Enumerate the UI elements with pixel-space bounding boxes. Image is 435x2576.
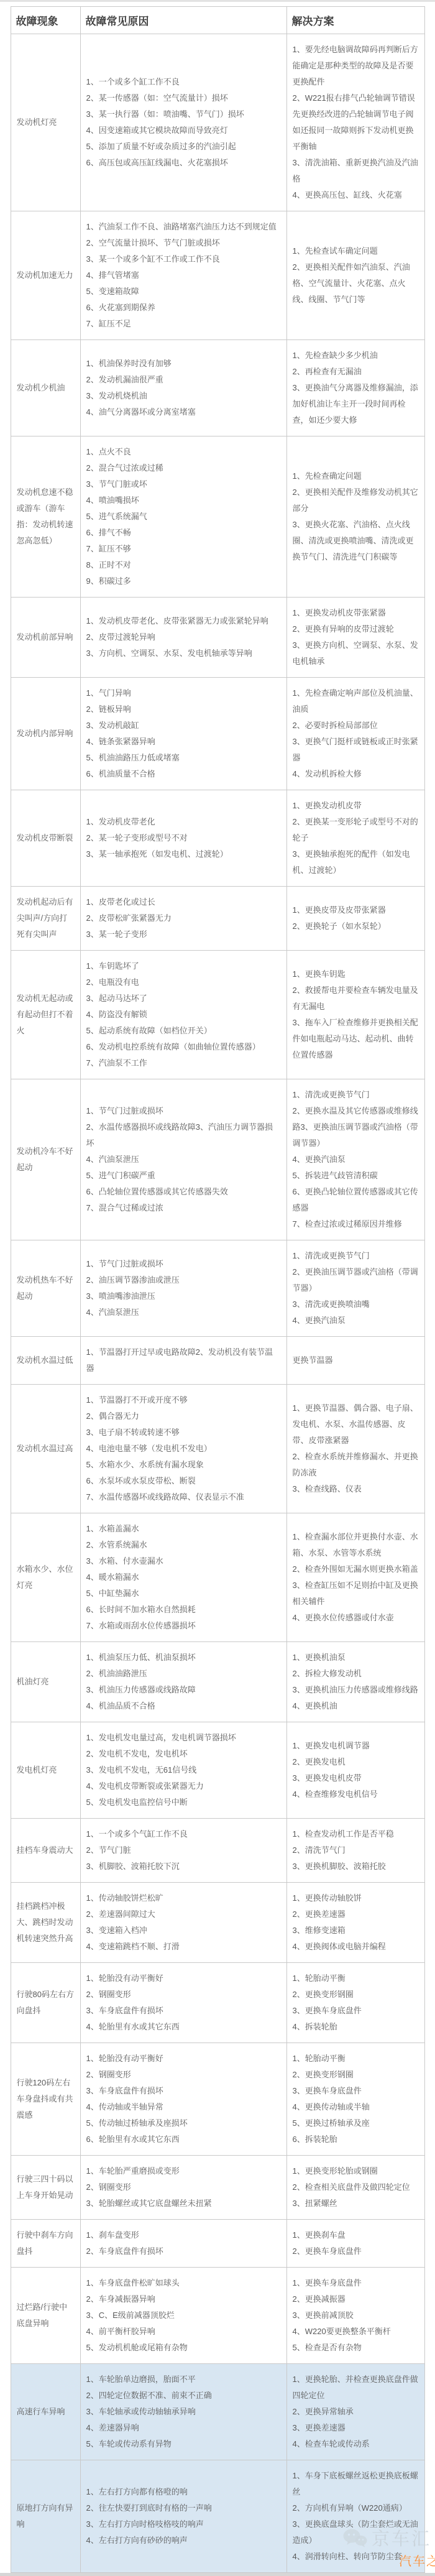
phenomenon-cell: 挂档车身震动大 [11, 1819, 80, 1883]
solution-item: 1、清洗或更换节气门 [293, 1087, 419, 1103]
cause-item: 5、发电机发电监控信号中断 [86, 1794, 281, 1811]
cause-item: 1、一个或多个气缸工作不良 [86, 1826, 281, 1842]
cause-item: 6、凸轮轴位置传感器或其它传感器失效 [86, 1184, 281, 1200]
phenomenon-cell: 机油灯亮 [11, 1642, 80, 1722]
solution-item: 2、救援帮电并要检查车辆发电量及有无漏电 [293, 982, 419, 1015]
cause-item: 6、水泵坏或水泵皮带松、断裂 [86, 1473, 281, 1489]
cause-item: 1、节温器打开过早或电路故障2、发动机没有装节温器 [86, 1344, 281, 1377]
cause-item: 2、钢圈变形 [86, 1987, 281, 2003]
causes-cell: 1、节温器打不开或开度不够2、偶合器无力3、电子扇不转或转速不够4、电池电量不够… [80, 1385, 286, 1513]
cause-item: 2、某一传感器（如：空气流量计）损坏 [86, 90, 281, 106]
cause-item: 1、轮胎没有动平衡好 [86, 2051, 281, 2067]
solution-item: 1、轮胎动平衡 [293, 1970, 419, 1987]
solution-item: 2、检查外围如无漏水则更换水箱盖 [293, 1561, 419, 1577]
causes-cell: 1、轮胎没有动平衡好2、钢圈变形3、车身底盘件有损坏4、传动轴或半轴异常5、传动… [80, 2043, 286, 2156]
cause-item: 4、因变速箱或其它模块故障而导致亮灯 [86, 122, 281, 139]
cause-item: 7、水箱或雨刮水位传感器损坏 [86, 1618, 281, 1634]
fault-table-body: 发动机灯亮1、一个或多个缸工作不良2、某一传感器（如：空气流量计）损坏3、某一执… [11, 34, 424, 2573]
cause-item: 2、发动机漏油很严重 [86, 372, 281, 388]
cause-item: 1、车轮胎单边磨损，胎面不平 [86, 2371, 281, 2388]
cause-item: 4、排气管堵塞 [86, 267, 281, 284]
solution-item: 4、更换水位传感器或付水壶 [293, 1610, 419, 1626]
cause-item: 2、往左快要打到底时有格的一声响 [86, 2500, 281, 2516]
cause-item: 6、火花塞到期保养 [86, 300, 281, 316]
table-row: 行驶三四十码以上车身开始晃动1、车轮胎严重磨损或变形2、钢圈变形3、轮胎螺丝或其… [11, 2156, 424, 2220]
solution-item: 4、润滑转向柱、转向节防尘套 [293, 2549, 419, 2565]
solutions-cell: 1、更换车身底盘件2、更换减振器3、更换前减顶胶4、W220要更换整条平衡杆5、… [286, 2268, 424, 2364]
header-phenomenon: 故障现象 [11, 7, 80, 34]
solution-item: 1、轮胎动平衡 [293, 2051, 419, 2067]
causes-cell: 1、轮胎没有动平衡好2、钢圈变形3、车身底盘件有损坏4、轮胎里有水或其它东西 [80, 1963, 286, 2043]
cause-item: 3、机油压力传感器或线路故障 [86, 1682, 281, 1698]
solution-item: 3、维修变速箱 [293, 1923, 419, 1939]
cause-item: 4、暖水箱漏水 [86, 1569, 281, 1586]
cause-item: 4、机油品质不合格 [86, 1698, 281, 1714]
page: 故障现象 故障常见原因 解决方案 发动机灯亮1、一个或多个缸工作不良2、某一传感… [0, 0, 435, 2576]
solutions-cell: 1、要先经电脑调故障码再判断后方能确定是那种类型的故障及是否要更换配件2、W22… [286, 34, 424, 211]
phenomenon-cell: 挂档跳档冲极大、跳档时发动机转速突然升高 [11, 1883, 80, 1963]
table-row: 过烂路/行驶中底盘异响1、车身底盘件松旷如球头2、车身减振器异响3、C、E级前减… [11, 2268, 424, 2364]
solution-item: 1、更换节温器、偶合器、电子扇、发电机、水泵、水温传感器、皮带、皮带涨紧器 [293, 1400, 419, 1449]
cause-item: 2、机油油路泄压 [86, 1666, 281, 1682]
cause-item: 3、某一轴承抱死（如发电机、过渡轮） [86, 846, 281, 862]
cause-item: 7、缸压不够 [86, 541, 281, 557]
causes-cell: 1、机油保养时没有加够2、发动机漏油很严重3、发动机烧机油4、油气分离器坏或分离… [80, 340, 286, 436]
table-row: 发动机起动后有尖叫声/方向打死有尖叫声1、皮带老化或过长2、皮带松旷张紧器无力3… [11, 887, 424, 951]
cause-item: 4、左右打方向有砂砂的响声 [86, 2532, 281, 2549]
cause-item: 4、电池电量不够（发电机不发电） [86, 1441, 281, 1457]
cause-item: 1、点火不良 [86, 444, 281, 460]
phenomenon-cell: 发动机怠速不稳或游车（游车指：发动机转速忽高忽低） [11, 436, 80, 598]
causes-cell: 1、发动机皮带老化2、某一轮子变形或型号不对3、某一轴承抱死（如发电机、过渡轮） [80, 790, 286, 887]
solution-item: 1、检查发动机工作是否平稳 [293, 1826, 419, 1842]
cause-item: 2、偶合器无力 [86, 1408, 281, 1424]
solution-item: 2、更换水温及其它传感器或维修线路3、更换油压调节器或汽油格（带调节器） [293, 1103, 419, 1152]
phenomenon-cell: 行驶三四十码以上车身开始晃动 [11, 2156, 80, 2220]
cause-item: 3、车身底盘件有损坏 [86, 2003, 281, 2019]
cause-item: 2、水管系统漏水 [86, 1537, 281, 1553]
cause-item: 3、轮胎螺丝或其它底盘螺丝未扭紧 [86, 2195, 281, 2212]
solution-item: 2、更换相关配件及维修发动机其它部分 [293, 484, 419, 517]
table-row: 发动机冷车不好起动1、节气门过脏或损坏2、水温传感器损坏或线路故障3、汽油压力调… [11, 1079, 424, 1240]
cause-item: 4、汽油泵泄压 [86, 1304, 281, 1321]
solution-item: 4、W220要更换整条平衡杆 [293, 2324, 419, 2340]
cause-item: 8、正时不对 [86, 557, 281, 573]
solutions-cell: 1、更换机油泵2、拆检大修发动机3、更换机油压力传感器或维修线路4、更换机油 [286, 1642, 424, 1722]
phenomenon-cell: 发动机水温过低 [11, 1337, 80, 1385]
cause-item: 2、电瓶没有电 [86, 974, 281, 990]
cause-item: 2、皮带过渡轮异响 [86, 629, 281, 645]
solution-item: 7、检查过浓或过稀原因并维修 [293, 1216, 419, 1232]
table-row: 发电机灯亮1、发电机发电量过高，发电机调节器损坏2、发电机不发电，发电机坏3、发… [11, 1722, 424, 1819]
cause-item: 7、水温传感器坏或线路故障、仪表显示不准 [86, 1489, 281, 1505]
solutions-cell: 更换节温器 [286, 1337, 424, 1385]
solution-item: 4、更换传动轴或半轴 [293, 2099, 419, 2115]
solutions-cell: 1、清洗或更换节气门2、更换油压调节器或汽油格（带调节器）3、清洗或更换喷油嘴4… [286, 1240, 424, 1337]
cause-item: 2、某一轮子变形或型号不对 [86, 830, 281, 846]
phenomenon-cell: 发动机无起动或有起动但打不着火 [11, 951, 80, 1079]
cause-item: 3、方向机、空调泵、水泵、发电机轴承等异响 [86, 645, 281, 662]
solution-item: 2、更换轮子（如水泵轮） [293, 918, 419, 935]
solutions-cell: 1、更换变形轮胎或钢圈2、检查相关底盘件及做四轮定位3、扭紧螺丝 [286, 2156, 424, 2220]
solution-item: 4、更换汽油泵 [293, 1313, 419, 1329]
solution-item: 4、检查维修发电机信号 [293, 1786, 419, 1803]
cause-item: 1、左右打方向都有格噔的响 [86, 2484, 281, 2500]
causes-cell: 1、车钥匙坏了2、电瓶没有电3、起动马达坏了4、防盗没有解锁5、起动系统有故障（… [80, 951, 286, 1079]
solution-item: 4、拆装轮胎 [293, 2019, 419, 2035]
cause-item: 1、节气门过脏或损坏 [86, 1103, 281, 1119]
solution-item: 3、扭紧螺丝 [293, 2195, 419, 2212]
table-row: 挂档跳档冲极大、跳档时发动机转速突然升高1、传动轴胶饼烂松旷2、差速器间隙过大3… [11, 1883, 424, 1963]
solution-item: 2、更换有异响的皮带过渡轮 [293, 621, 419, 637]
cause-item: 4、油气分离器坏或分离室堵塞 [86, 404, 281, 420]
cause-item: 1、传动轴胶饼烂松旷 [86, 1890, 281, 1906]
phenomenon-cell: 行驶120码左右车身盘抖或有共震感 [11, 2043, 80, 2156]
causes-cell: 1、车身底盘件松旷如球头2、车身减振器异响3、C、E级前减器顶胶烂4、前平衡杆胶… [80, 2268, 286, 2364]
table-row: 行驶中刹车方向盘抖1、刹车盘变形2、车身底盘件有损坏1、更换刹车盘2、更换车身底… [11, 2220, 424, 2268]
solution-item: 2、更换差速器 [293, 1906, 419, 1923]
cause-item: 2、链板异响 [86, 701, 281, 718]
solution-item: 4、更换阀体或电脑并编程 [293, 1939, 419, 1955]
cause-item: 1、车钥匙坏了 [86, 958, 281, 974]
solution-item: 3、检查线路、仪表 [293, 1481, 419, 1497]
cause-item: 5、添加了质量不好或杂质过多的汽油引起 [86, 139, 281, 155]
solutions-cell: 1、先检查试车确定问题2、更换相关配件如汽油泵、汽油格、空气流量计、火花塞、点火… [286, 211, 424, 340]
solution-item: 2、更换异常轴承 [293, 2404, 419, 2420]
cause-item: 6、机油质量不合格 [86, 766, 281, 782]
causes-cell: 1、点火不良2、混合气过浓或过稀3、节气门脏或坏4、喷油嘴损坏5、进气系统漏气6… [80, 436, 286, 598]
cause-item: 1、车身底盘件松旷如球头 [86, 2275, 281, 2291]
table-row: 发动机皮带断裂1、发动机皮带老化2、某一轮子变形或型号不对3、某一轴承抱死（如发… [11, 790, 424, 887]
cause-item: 7、混合气过稀或过浓 [86, 1200, 281, 1216]
causes-cell: 1、车轮胎单边磨损，胎面不平2、四轮定位数据不准、前束不正确3、车轮轴承或传动轴… [80, 2364, 286, 2460]
solution-item: 1、更换发电机调节器 [293, 1738, 419, 1754]
cause-item: 2、发电机不发电，发电机坏 [86, 1746, 281, 1762]
causes-cell: 1、左右打方向都有格噔的响2、往左快要打到底时有格的一声响3、左右打方向时格吱格… [80, 2460, 286, 2573]
fault-table: 故障现象 故障常见原因 解决方案 发动机灯亮1、一个或多个缸工作不良2、某一传感… [11, 6, 425, 2573]
causes-cell: 1、水箱盖漏水2、水管系统漏水3、水箱、付水壶漏水4、暖水箱漏水5、中缸垫漏水6… [80, 1513, 286, 1642]
causes-cell: 1、刹车盘变形2、车身底盘件有损坏 [80, 2220, 286, 2268]
solution-item: 4、更换汽油泵 [293, 1152, 419, 1168]
solution-item: 2、更换变形钢圈 [293, 1987, 419, 2003]
phenomenon-cell: 水箱水少、水位灯亮 [11, 1513, 80, 1642]
solutions-cell: 1、更换传动轴胶饼2、更换差速器3、维修变速箱4、更换阀体或电脑并编程 [286, 1883, 424, 1963]
cause-item: 2、水温传感器损坏或线路故障3、汽油压力调节器损坏 [86, 1119, 281, 1152]
solution-item: 3、更换车身底盘件 [293, 2083, 419, 2099]
solution-item: 1、检查漏水部位并更换付水壶、水箱、水泵、水管等水系统 [293, 1529, 419, 1561]
cause-item: 1、水箱盖漏水 [86, 1521, 281, 1537]
cause-item: 3、发动机烧机油 [86, 388, 281, 404]
cause-item: 3、C、E级前减器顶胶烂 [86, 2307, 281, 2324]
solution-item: 1、更换皮带及皮带张紧器 [293, 902, 419, 918]
causes-cell: 1、车轮胎严重磨损或变形2、钢圈变形3、轮胎螺丝或其它底盘螺丝未扭紧 [80, 2156, 286, 2220]
cause-item: 4、轮胎里有水或其它东西 [86, 2019, 281, 2035]
cause-item: 3、变速箱入档冲 [86, 1923, 281, 1939]
table-row: 发动机前部异响1、发动机皮带老化、皮带张紧器无力或张紧轮异响2、皮带过渡轮异响3… [11, 598, 424, 678]
cause-item: 1、皮带老化或过长 [86, 894, 281, 910]
cause-item: 5、水箱水少、水系统有漏水现象 [86, 1457, 281, 1473]
table-row: 原地打方向有异响1、左右打方向都有格噔的响2、往左快要打到底时有格的一声响3、左… [11, 2460, 424, 2573]
solutions-cell: 1、更换轮胎、并检查更换底盘件做四轮定位2、更换异常轴承3、更换差速器4、检查车… [286, 2364, 424, 2460]
solution-item: 4、检查车轮或传动系 [293, 2436, 419, 2452]
solution-item: 3、更换油气分离器及维修漏油，添加好机油让车主开一段时间再检查，如还少要大修 [293, 380, 419, 428]
header-solutions: 解决方案 [286, 7, 424, 34]
cause-item: 5、传动轴过桥轴承及座损坏 [86, 2115, 281, 2131]
solution-item: 2、拆检大修发动机 [293, 1666, 419, 1682]
cause-item: 5、变速箱故障 [86, 284, 281, 300]
solutions-cell: 1、更换刹车盘2、更换车身底盘件 [286, 2220, 424, 2268]
solution-item: 3、拖车入厂检查维修并更换相关配件如电瓶起动马达、起动机、曲转位置传感器 [293, 1015, 419, 1063]
phenomenon-cell: 发动机加速无力 [11, 211, 80, 340]
causes-cell: 1、节温器打开过早或电路故障2、发动机没有装节温器 [80, 1337, 286, 1385]
cause-item: 4、汽油泵泄压 [86, 1152, 281, 1168]
solutions-cell: 1、轮胎动平衡2、更换变形钢圈3、更换车身底盘件4、拆装轮胎 [286, 1963, 424, 2043]
solution-item: 2、检查水系统并维修漏水、并更换防冻液 [293, 1449, 419, 1481]
cause-item: 3、电子扇不转或转速不够 [86, 1424, 281, 1441]
cause-item: 5、中缸垫漏水 [86, 1586, 281, 1602]
solution-item: 5、拆装进气歧管清积碳 [293, 1168, 419, 1184]
cause-item: 2、四轮定位数据不准、前束不正确 [86, 2388, 281, 2404]
table-row: 挂档车身震动大1、一个或多个气缸工作不良2、节气门脏3、机脚胶、波箱托胶下沉1、… [11, 1819, 424, 1883]
solutions-cell: 1、更换车钥匙2、救援帮电并要检查车辆发电量及有无漏电3、拖车入厂检查维修并更换… [286, 951, 424, 1079]
cause-item: 6、排气不畅 [86, 525, 281, 541]
cause-item: 2、差速器间隙过大 [86, 1906, 281, 1923]
solutions-cell: 1、检查漏水部位并更换付水壶、水箱、水泵、水管等水系统2、检查外围如无漏水则更换… [286, 1513, 424, 1642]
cause-item: 4、链条张紧器异响 [86, 734, 281, 750]
solution-item: 1、更换发动机皮带张紧器 [293, 605, 419, 621]
cause-item: 4、传动轴或半轴异常 [86, 2099, 281, 2115]
cause-item: 6、高压包或高压缸线漏电、火花塞损坏 [86, 155, 281, 171]
table-row: 水箱水少、水位灯亮1、水箱盖漏水2、水管系统漏水3、水箱、付水壶漏水4、暖水箱漏… [11, 1513, 424, 1642]
solution-item: 2、更换车身底盘件 [293, 2243, 419, 2260]
cause-item: 3、喷油嘴渗油泄压 [86, 1288, 281, 1304]
phenomenon-cell: 高速行车异响 [11, 2364, 80, 2460]
solution-item: 3、更换前减顶胶 [293, 2307, 419, 2324]
cause-item: 1、汽油泵工作不良、油路堵塞汽油压力达不到规定值 [86, 219, 281, 235]
solution-item: 3、更换机脚胶、波箱托胶 [293, 1858, 419, 1875]
cause-item: 5、进气门积碳严重 [86, 1168, 281, 1184]
phenomenon-cell: 发动机灯亮 [11, 34, 80, 211]
cause-item: 1、气门异响 [86, 685, 281, 701]
cause-item: 3、某一执行器（如：喷油嘴、节气门）损坏 [86, 106, 281, 122]
solution-item: 1、先检查确定响声部位及机油量、油质 [293, 685, 419, 718]
solution-item: 3、更换方向机、空调泵、水泵、发电机轴承 [293, 637, 419, 670]
table-row: 发动机热车不好起动1、节气门过脏或损坏2、油压调节器渗油或泄压3、喷油嘴渗油泄压… [11, 1240, 424, 1337]
solution-item: 4、更换高压包、缸线、火花塞 [293, 187, 419, 203]
header-causes: 故障常见原因 [80, 7, 286, 34]
solution-item: 1、更换刹车盘 [293, 2227, 419, 2243]
solution-item: 1、更换机油泵 [293, 1650, 419, 1666]
cause-item: 1、发动机皮带老化、皮带张紧器无力或张紧轮异响 [86, 613, 281, 629]
solutions-cell: 1、清洗或更换节气门2、更换水温及其它传感器或维修线路3、更换油压调节器或汽油格… [286, 1079, 424, 1240]
phenomenon-cell: 行驶80码左右方向盘抖 [11, 1963, 80, 2043]
cause-item: 1、机油保养时没有加够 [86, 356, 281, 372]
cause-item: 4、变速箱跳档不顺、打滑 [86, 1939, 281, 1955]
cause-item: 2、钢圈变形 [86, 2179, 281, 2195]
cause-item: 3、机脚胶、波箱托胶下沉 [86, 1858, 281, 1875]
cause-item: 1、轮胎没有动平衡好 [86, 1970, 281, 1987]
table-row: 行驶120码左右车身盘抖或有共震感1、轮胎没有动平衡好2、钢圈变形3、车身底盘件… [11, 2043, 424, 2156]
solutions-cell: 1、先检查缺少多少机油2、再检查有无漏油3、更换油气分离器及维修漏油，添加好机油… [286, 340, 424, 436]
cause-item: 3、起动马达坏了 [86, 990, 281, 1007]
solution-item: 2、清洗节气门 [293, 1842, 419, 1858]
cause-item: 4、喷油嘴损坏 [86, 492, 281, 509]
cause-item: 1、一个或多个缸工作不良 [86, 74, 281, 90]
phenomenon-cell: 发动机前部异响 [11, 598, 80, 678]
solutions-cell: 1、先检查确定问题2、更换相关配件及维修发动机其它部分3、更换火花塞、汽油格、点… [286, 436, 424, 598]
table-row: 发动机灯亮1、一个或多个缸工作不良2、某一传感器（如：空气流量计）损坏3、某一执… [11, 34, 424, 211]
cause-item: 3、某一个或多个缸不工作或工作不良 [86, 251, 281, 267]
solutions-cell: 1、更换节温器、偶合器、电子扇、发电机、水泵、水温传感器、皮带、皮带涨紧器2、检… [286, 1385, 424, 1513]
solution-item: 1、更换传动轴胶饼 [293, 1890, 419, 1906]
cause-item: 1、发电机发电量过高，发电机调节器损坏 [86, 1730, 281, 1746]
cause-item: 4、前平衡杆胶异响 [86, 2324, 281, 2340]
solution-item: 2、更换变形钢圈 [293, 2067, 419, 2083]
phenomenon-cell: 发动机水温过高 [11, 1385, 80, 1513]
cause-item: 4、防盗没有解锁 [86, 1007, 281, 1023]
phenomenon-cell: 发动机起动后有尖叫声/方向打死有尖叫声 [11, 887, 80, 951]
solutions-cell: 1、轮胎动平衡2、更换变形钢圈3、更换车身底盘件4、更换传动轴或半轴5、更换过桥… [286, 2043, 424, 2156]
cause-item: 1、发动机皮带老化 [86, 814, 281, 830]
solution-item: 5、更换过桥轴承及座 [293, 2115, 419, 2131]
cause-item: 3、水箱、付水壶漏水 [86, 1553, 281, 1569]
solution-item: 2、方向机有异响（W220通病） [293, 2500, 419, 2516]
cause-item: 1、车轮胎严重磨损或变形 [86, 2163, 281, 2179]
solution-item: 1、先检查缺少多少机油 [293, 348, 419, 364]
cause-item: 9、积碳过多 [86, 573, 281, 589]
table-row: 行驶80码左右方向盘抖1、轮胎没有动平衡好2、钢圈变形3、车身底盘件有损坏4、轮… [11, 1963, 424, 2043]
cause-item: 5、发动机机舱或尾箱有杂物 [86, 2340, 281, 2356]
cause-item: 2、钢圈变形 [86, 2067, 281, 2083]
phenomenon-cell: 原地打方向有异响 [11, 2460, 80, 2573]
solution-item: 3、更换底盘球头（防尘套烂或无油造成） [293, 2516, 419, 2549]
cause-item: 2、油压调节器渗油或泄压 [86, 1272, 281, 1288]
solution-item: 2、检查相关底盘件及做四轮定位 [293, 2179, 419, 2195]
table-row: 发动机怠速不稳或游车（游车指：发动机转速忽高忽低）1、点火不良2、混合气过浓或过… [11, 436, 424, 598]
phenomenon-cell: 发电机灯亮 [11, 1722, 80, 1819]
cause-item: 1、刹车盘变形 [86, 2227, 281, 2243]
cause-item: 6、轮胎里有水或其它东西 [86, 2131, 281, 2148]
cause-item: 2、空气流量计损坏、节气门脏或损坏 [86, 235, 281, 251]
phenomenon-cell: 行驶中刹车方向盘抖 [11, 2220, 80, 2268]
table-row: 发动机内部异响1、气门异响2、链板异响3、发动机敲缸4、链条张紧器异响5、机油油… [11, 678, 424, 790]
causes-cell: 1、发电机发电量过高，发电机调节器损坏2、发电机不发电，发电机坏3、发电机不发电… [80, 1722, 286, 1819]
cause-item: 2、车身减振器异响 [86, 2291, 281, 2307]
solution-item: 3、更换火花塞、汽油格、点火线圈、清洗或更换喷油嘴、清洗或更换节气门、清洗进气门… [293, 517, 419, 565]
solution-item: 4、发动机拆检大修 [293, 766, 419, 782]
table-row: 发动机水温过高1、节温器打不开或开度不够2、偶合器无力3、电子扇不转或转速不够4… [11, 1385, 424, 1513]
solutions-cell: 1、更换发电机调节器2、更换发电机3、更换发电机皮带4、检查维修发电机信号 [286, 1722, 424, 1819]
causes-cell: 1、汽油泵工作不良、油路堵塞汽油压力达不到规定值2、空气流量计损坏、节气门脏或损… [80, 211, 286, 340]
solution-item: 2、更换油压调节器或汽油格（带调节器） [293, 1264, 419, 1296]
solution-item: 2、W221报右排气凸轮轴调节错误先更换经改进的凸轮轴调节电子阀如还报同一故障则… [293, 90, 419, 155]
causes-cell: 1、发动机皮带老化、皮带张紧器无力或张紧轮异响2、皮带过渡轮异响3、方向机、空调… [80, 598, 286, 678]
cause-item: 5、机油油路压力低或堵塞 [86, 750, 281, 766]
solution-item: 3、更换轴承抱死的配件（如发电机、过渡轮） [293, 846, 419, 879]
cause-item: 2、车身底盘件有损坏 [86, 2243, 281, 2260]
causes-cell: 1、节气门过脏或损坏2、水温传感器损坏或线路故障3、汽油压力调节器损坏4、汽油泵… [80, 1079, 286, 1240]
cause-item: 1、节气门过脏或损坏 [86, 1256, 281, 1272]
solution-item: 1、更换发动机皮带 [293, 798, 419, 814]
table-row: 发动机水温过低1、节温器打开过早或电路故障2、发动机没有装节温器更换节温器 [11, 1337, 424, 1385]
solution-item: 1、更换轮胎、并检查更换底盘件做四轮定位 [293, 2371, 419, 2404]
solution-item: 1、更换车钥匙 [293, 966, 419, 982]
table-row: 机油灯亮1、机油泵压力低、机油泵损坏2、机油油路泄压3、机油压力传感器或线路故障… [11, 1642, 424, 1722]
phenomenon-cell: 发动机少机油 [11, 340, 80, 436]
solution-item: 1、先检查试车确定问题 [293, 243, 419, 259]
solution-item: 6、拆装轮胎 [293, 2131, 419, 2148]
solution-item: 3、清洗油箱、重新更换汽油及汽油格 [293, 155, 419, 187]
solution-item: 2、更换相关配件如汽油泵、汽油格、空气流量计、火花塞、点火线、线圈、节气门等 [293, 259, 419, 308]
solutions-cell: 1、更换皮带及皮带张紧器2、更换轮子（如水泵轮） [286, 887, 424, 951]
solution-item: 3、更换机油压力传感器或维修线路 [293, 1682, 419, 1698]
cause-item: 4、发电机皮带断裂或张紧器无力 [86, 1778, 281, 1794]
solutions-cell: 1、车身下底板螺丝返松更换底板螺丝2、方向机有异响（W220通病）3、更换底盘球… [286, 2460, 424, 2573]
solution-item: 3、更换车身底盘件 [293, 2003, 419, 2019]
causes-cell: 1、气门异响2、链板异响3、发动机敲缸4、链条张紧器异响5、机油油路压力低或堵塞… [80, 678, 286, 790]
table-row: 发动机少机油1、机油保养时没有加够2、发动机漏油很严重3、发动机烧机油4、油气分… [11, 340, 424, 436]
phenomenon-cell: 发动机皮带断裂 [11, 790, 80, 887]
solution-item: 2、必要时拆检局部部位 [293, 718, 419, 734]
cause-item: 3、左右打方向时格吱格吱的响声 [86, 2516, 281, 2532]
solution-item: 4、更换机油 [293, 1698, 419, 1714]
phenomenon-cell: 过烂路/行驶中底盘异响 [11, 2268, 80, 2364]
solutions-cell: 1、检查发动机工作是否平稳2、清洗节气门3、更换机脚胶、波箱托胶 [286, 1819, 424, 1883]
solution-item: 1、先检查确定问题 [293, 468, 419, 484]
cause-item: 5、车轮或传动系有异物 [86, 2436, 281, 2452]
table-row: 发动机无起动或有起动但打不着火1、车钥匙坏了2、电瓶没有电3、起动马达坏了4、防… [11, 951, 424, 1079]
cause-item: 3、车轮轴承或传动轴轴承异响 [86, 2404, 281, 2420]
solutions-cell: 1、更换发动机皮带张紧器2、更换有异响的皮带过渡轮3、更换方向机、空调泵、水泵、… [286, 598, 424, 678]
cause-item: 3、节气门脏或坏 [86, 476, 281, 492]
solutions-cell: 1、先检查确定响声部位及机油量、油质2、必要时拆检局部部位3、更换气门挺杆或链板… [286, 678, 424, 790]
cause-item: 5、进气系统漏气 [86, 509, 281, 525]
cause-item: 5、起动系统有故障（如档位开关） [86, 1023, 281, 1039]
cause-item: 1、机油泵压力低、机油泵损坏 [86, 1650, 281, 1666]
cause-item: 7、缸压不足 [86, 316, 281, 332]
table-row: 发动机加速无力1、汽油泵工作不良、油路堵塞汽油压力达不到规定值2、空气流量计损坏… [11, 211, 424, 340]
solution-item: 2、再检查有无漏油 [293, 364, 419, 380]
phenomenon-cell: 发动机热车不好起动 [11, 1240, 80, 1337]
phenomenon-cell: 发动机冷车不好起动 [11, 1079, 80, 1240]
solution-item: 1、更换车身底盘件 [293, 2275, 419, 2291]
cause-item: 3、某一轮子变形 [86, 926, 281, 943]
solution-item: 2、更换某一变形轮子或型号不对的轮子 [293, 814, 419, 846]
solution-item: 1、清洗或更换节气门 [293, 1248, 419, 1264]
cause-item: 6、长时间不加水箱水自然损耗 [86, 1602, 281, 1618]
solution-item: 3、清洗或更换喷油嘴 [293, 1296, 419, 1313]
solution-item: 2、更换发电机 [293, 1754, 419, 1770]
solution-item: 2、更换减振器 [293, 2291, 419, 2307]
causes-cell: 1、机油泵压力低、机油泵损坏2、机油油路泄压3、机油压力传感器或线路故障4、机油… [80, 1642, 286, 1722]
solution-item: 3、检查缸压如不足则抬中缸及更换相关辅件 [293, 1577, 419, 1610]
cause-item: 1、节温器打不开或开度不够 [86, 1392, 281, 1408]
table-row: 高速行车异响1、车轮胎单边磨损，胎面不平2、四轮定位数据不准、前束不正确3、车轮… [11, 2364, 424, 2460]
causes-cell: 1、节气门过脏或损坏2、油压调节器渗油或泄压3、喷油嘴渗油泄压4、汽油泵泄压 [80, 1240, 286, 1337]
solution-item: 1、要先经电脑调故障码再判断后方能确定是那种类型的故障及是否要更换配件 [293, 42, 419, 90]
cause-item: 2、混合气过浓或过稀 [86, 460, 281, 476]
solution-item: 1、车身下底板螺丝返松更换底板螺丝 [293, 2468, 419, 2500]
causes-cell: 1、皮带老化或过长2、皮带松旷张紧器无力3、某一轮子变形 [80, 887, 286, 951]
cause-item: 7、汽油泵不工作 [86, 1055, 281, 1071]
solution-item: 3、更换气门挺杆或链板或正时张紧器 [293, 734, 419, 766]
cause-item: 3、发动机敲缸 [86, 718, 281, 734]
cause-item: 3、发电机不发电，无61信号线 [86, 1762, 281, 1778]
causes-cell: 1、一个或多个缸工作不良2、某一传感器（如：空气流量计）损坏3、某一执行器（如：… [80, 34, 286, 211]
phenomenon-cell: 发动机内部异响 [11, 678, 80, 790]
cause-item: 4、差速器异响 [86, 2420, 281, 2436]
causes-cell: 1、传动轴胶饼烂松旷2、差速器间隙过大3、变速箱入档冲4、变速箱跳档不顺、打滑 [80, 1883, 286, 1963]
